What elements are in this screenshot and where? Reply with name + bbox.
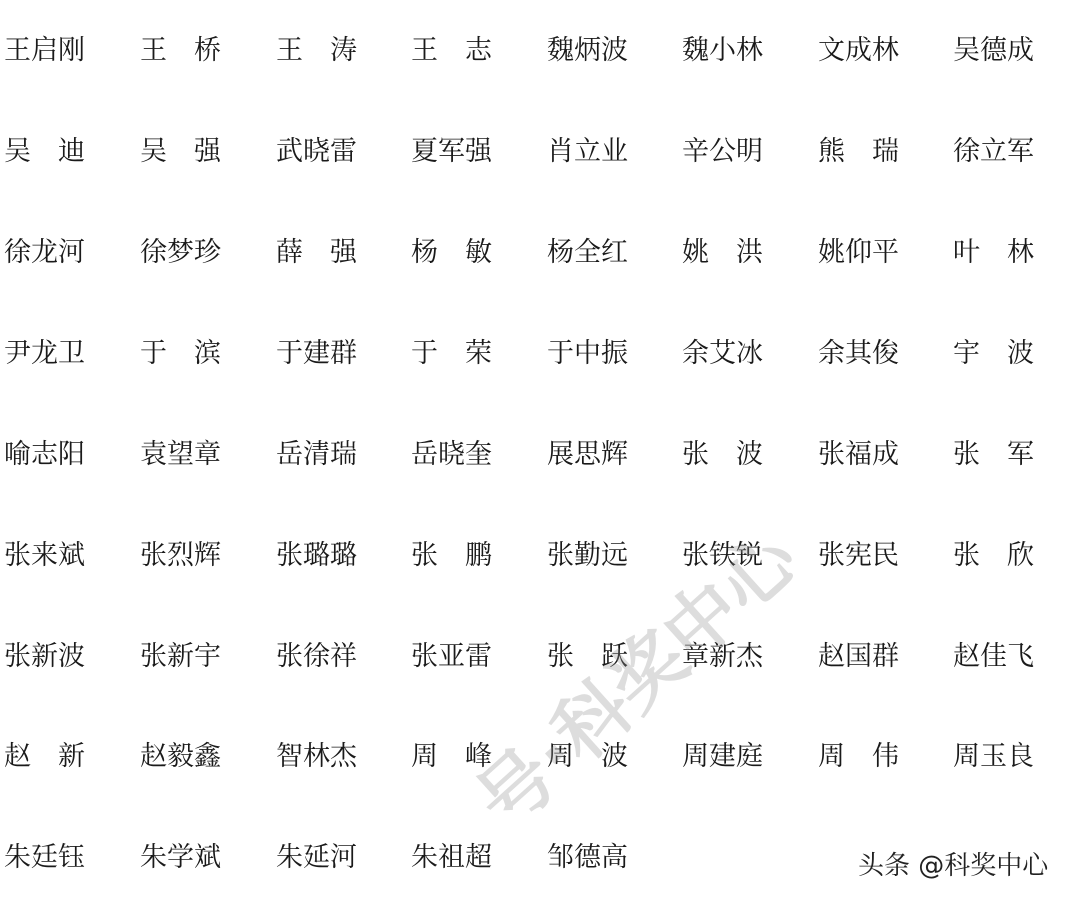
name-char: 张 [547, 637, 574, 677]
name-char: 波 [736, 435, 763, 475]
name-entry: 张鹏 [411, 536, 501, 576]
name-char: 鹏 [465, 536, 492, 576]
name-entry: 王涛 [276, 31, 366, 71]
name-entry: 王志 [411, 31, 501, 71]
name-char: 欣 [1007, 536, 1034, 576]
name-entry: 赵新 [4, 737, 94, 777]
name-entry: 徐梦珍 [140, 233, 230, 273]
name-row: 吴迪吴强武晓雷夏军强肖立业辛公明熊瑞徐立军 [0, 132, 1080, 172]
name-entry: 张波 [682, 435, 772, 475]
name-entry: 赵国群 [818, 637, 908, 677]
name-list-grid: 王启刚王桥王涛王志魏炳波魏小林文成林吴德成吴迪吴强武晓雷夏军强肖立业辛公明熊瑞徐… [0, 0, 1080, 904]
name-entry: 王桥 [140, 31, 230, 71]
name-entry: 魏炳波 [547, 31, 637, 71]
name-char: 林 [1007, 233, 1034, 273]
name-char: 杨 [411, 233, 438, 273]
name-entry: 薛强 [276, 233, 366, 273]
name-char: 跃 [601, 637, 628, 677]
name-entry: 邹德高 [547, 838, 637, 878]
name-char: 迪 [58, 132, 85, 172]
name-char: 姚 [682, 233, 709, 273]
name-entry: 于中振 [547, 334, 637, 374]
name-char: 峰 [465, 737, 492, 777]
name-entry: 朱祖超 [411, 838, 501, 878]
name-char: 王 [140, 31, 167, 71]
name-char: 张 [953, 435, 980, 475]
name-entry: 赵毅鑫 [140, 737, 230, 777]
name-char: 叶 [953, 233, 980, 273]
name-entry: 熊瑞 [818, 132, 908, 172]
name-char: 张 [953, 536, 980, 576]
name-entry: 姚仰平 [818, 233, 908, 273]
name-entry: 周波 [547, 737, 637, 777]
name-row: 张来斌张烈辉张璐璐张鹏张勤远张铁锐张宪民张欣 [0, 536, 1080, 576]
name-entry: 吴德成 [953, 31, 1043, 71]
name-entry: 肖立业 [547, 132, 637, 172]
name-char: 宇 [953, 334, 980, 374]
name-char: 军 [1007, 435, 1034, 475]
name-entry: 文成林 [818, 31, 908, 71]
name-char: 桥 [194, 31, 221, 71]
name-char: 吴 [140, 132, 167, 172]
name-char: 张 [682, 435, 709, 475]
name-entry: 周峰 [411, 737, 501, 777]
name-entry: 余其俊 [818, 334, 908, 374]
name-entry: 吴迪 [4, 132, 94, 172]
source-credit: 头条 @科奖中心 [858, 845, 1048, 882]
name-entry: 张来斌 [4, 536, 94, 576]
name-char: 瑞 [872, 132, 899, 172]
name-char: 涛 [330, 31, 357, 71]
name-entry: 张勤远 [547, 536, 637, 576]
name-entry: 朱学斌 [140, 838, 230, 878]
name-entry: 吴强 [140, 132, 230, 172]
name-char: 张 [411, 536, 438, 576]
name-char: 吴 [4, 132, 31, 172]
name-char: 赵 [4, 737, 31, 777]
name-char: 伟 [872, 737, 899, 777]
name-char: 强 [330, 233, 357, 273]
name-char: 王 [276, 31, 303, 71]
name-entry: 周玉良 [953, 737, 1043, 777]
name-entry: 魏小林 [682, 31, 772, 71]
name-row: 徐龙河徐梦珍薛强杨敏杨全红姚洪姚仰平叶林 [0, 233, 1080, 273]
name-entry: 辛公明 [682, 132, 772, 172]
name-entry: 徐龙河 [4, 233, 94, 273]
name-entry: 赵佳飞 [953, 637, 1043, 677]
name-entry: 朱廷钰 [4, 838, 94, 878]
name-entry: 杨敏 [411, 233, 501, 273]
name-entry: 岳晓奎 [411, 435, 501, 475]
name-char: 于 [411, 334, 438, 374]
name-entry: 喻志阳 [4, 435, 94, 475]
name-char: 洪 [736, 233, 763, 273]
name-entry: 宇波 [953, 334, 1043, 374]
name-entry: 尹龙卫 [4, 334, 94, 374]
name-char: 波 [601, 737, 628, 777]
name-char: 敏 [465, 233, 492, 273]
name-entry: 张跃 [547, 637, 637, 677]
name-entry: 王启刚 [4, 31, 94, 71]
name-entry: 周建庭 [682, 737, 772, 777]
name-entry: 张烈辉 [140, 536, 230, 576]
name-row: 王启刚王桥王涛王志魏炳波魏小林文成林吴德成 [0, 31, 1080, 71]
name-entry: 姚洪 [682, 233, 772, 273]
name-entry: 于滨 [140, 334, 230, 374]
name-char: 新 [58, 737, 85, 777]
name-row: 赵新赵毅鑫智林杰周峰周波周建庭周伟周玉良 [0, 737, 1080, 777]
name-entry: 张铁锐 [682, 536, 772, 576]
name-entry: 张新宇 [140, 637, 230, 677]
name-entry: 杨全红 [547, 233, 637, 273]
name-entry: 张军 [953, 435, 1043, 475]
name-entry: 袁望章 [140, 435, 230, 475]
name-char: 于 [140, 334, 167, 374]
name-entry: 张宪民 [818, 536, 908, 576]
name-entry: 夏军强 [411, 132, 501, 172]
name-char: 荣 [465, 334, 492, 374]
name-char: 周 [547, 737, 574, 777]
name-entry: 智林杰 [276, 737, 366, 777]
name-entry: 张亚雷 [411, 637, 501, 677]
name-entry: 章新杰 [682, 637, 772, 677]
name-row: 尹龙卫于滨于建群于荣于中振余艾冰余其俊宇波 [0, 334, 1080, 374]
name-entry: 张福成 [818, 435, 908, 475]
name-entry: 武晓雷 [276, 132, 366, 172]
name-entry: 于荣 [411, 334, 501, 374]
name-entry: 张徐祥 [276, 637, 366, 677]
name-entry: 展思辉 [547, 435, 637, 475]
name-char: 薛 [276, 233, 303, 273]
name-entry: 朱延河 [276, 838, 366, 878]
name-row: 喻志阳袁望章岳清瑞岳晓奎展思辉张波张福成张军 [0, 435, 1080, 475]
name-entry: 张璐璐 [276, 536, 366, 576]
name-char: 熊 [818, 132, 845, 172]
name-row: 张新波张新宇张徐祥张亚雷张跃章新杰赵国群赵佳飞 [0, 637, 1080, 677]
name-char: 滨 [194, 334, 221, 374]
name-char: 强 [194, 132, 221, 172]
name-char: 王 [411, 31, 438, 71]
name-char: 周 [818, 737, 845, 777]
name-entry: 于建群 [276, 334, 366, 374]
name-char: 周 [411, 737, 438, 777]
name-entry: 张欣 [953, 536, 1043, 576]
name-entry: 张新波 [4, 637, 94, 677]
name-entry: 叶林 [953, 233, 1043, 273]
name-char: 波 [1007, 334, 1034, 374]
name-entry: 岳清瑞 [276, 435, 366, 475]
name-entry: 余艾冰 [682, 334, 772, 374]
name-entry: 徐立军 [953, 132, 1043, 172]
name-entry: 周伟 [818, 737, 908, 777]
name-char: 志 [465, 31, 492, 71]
